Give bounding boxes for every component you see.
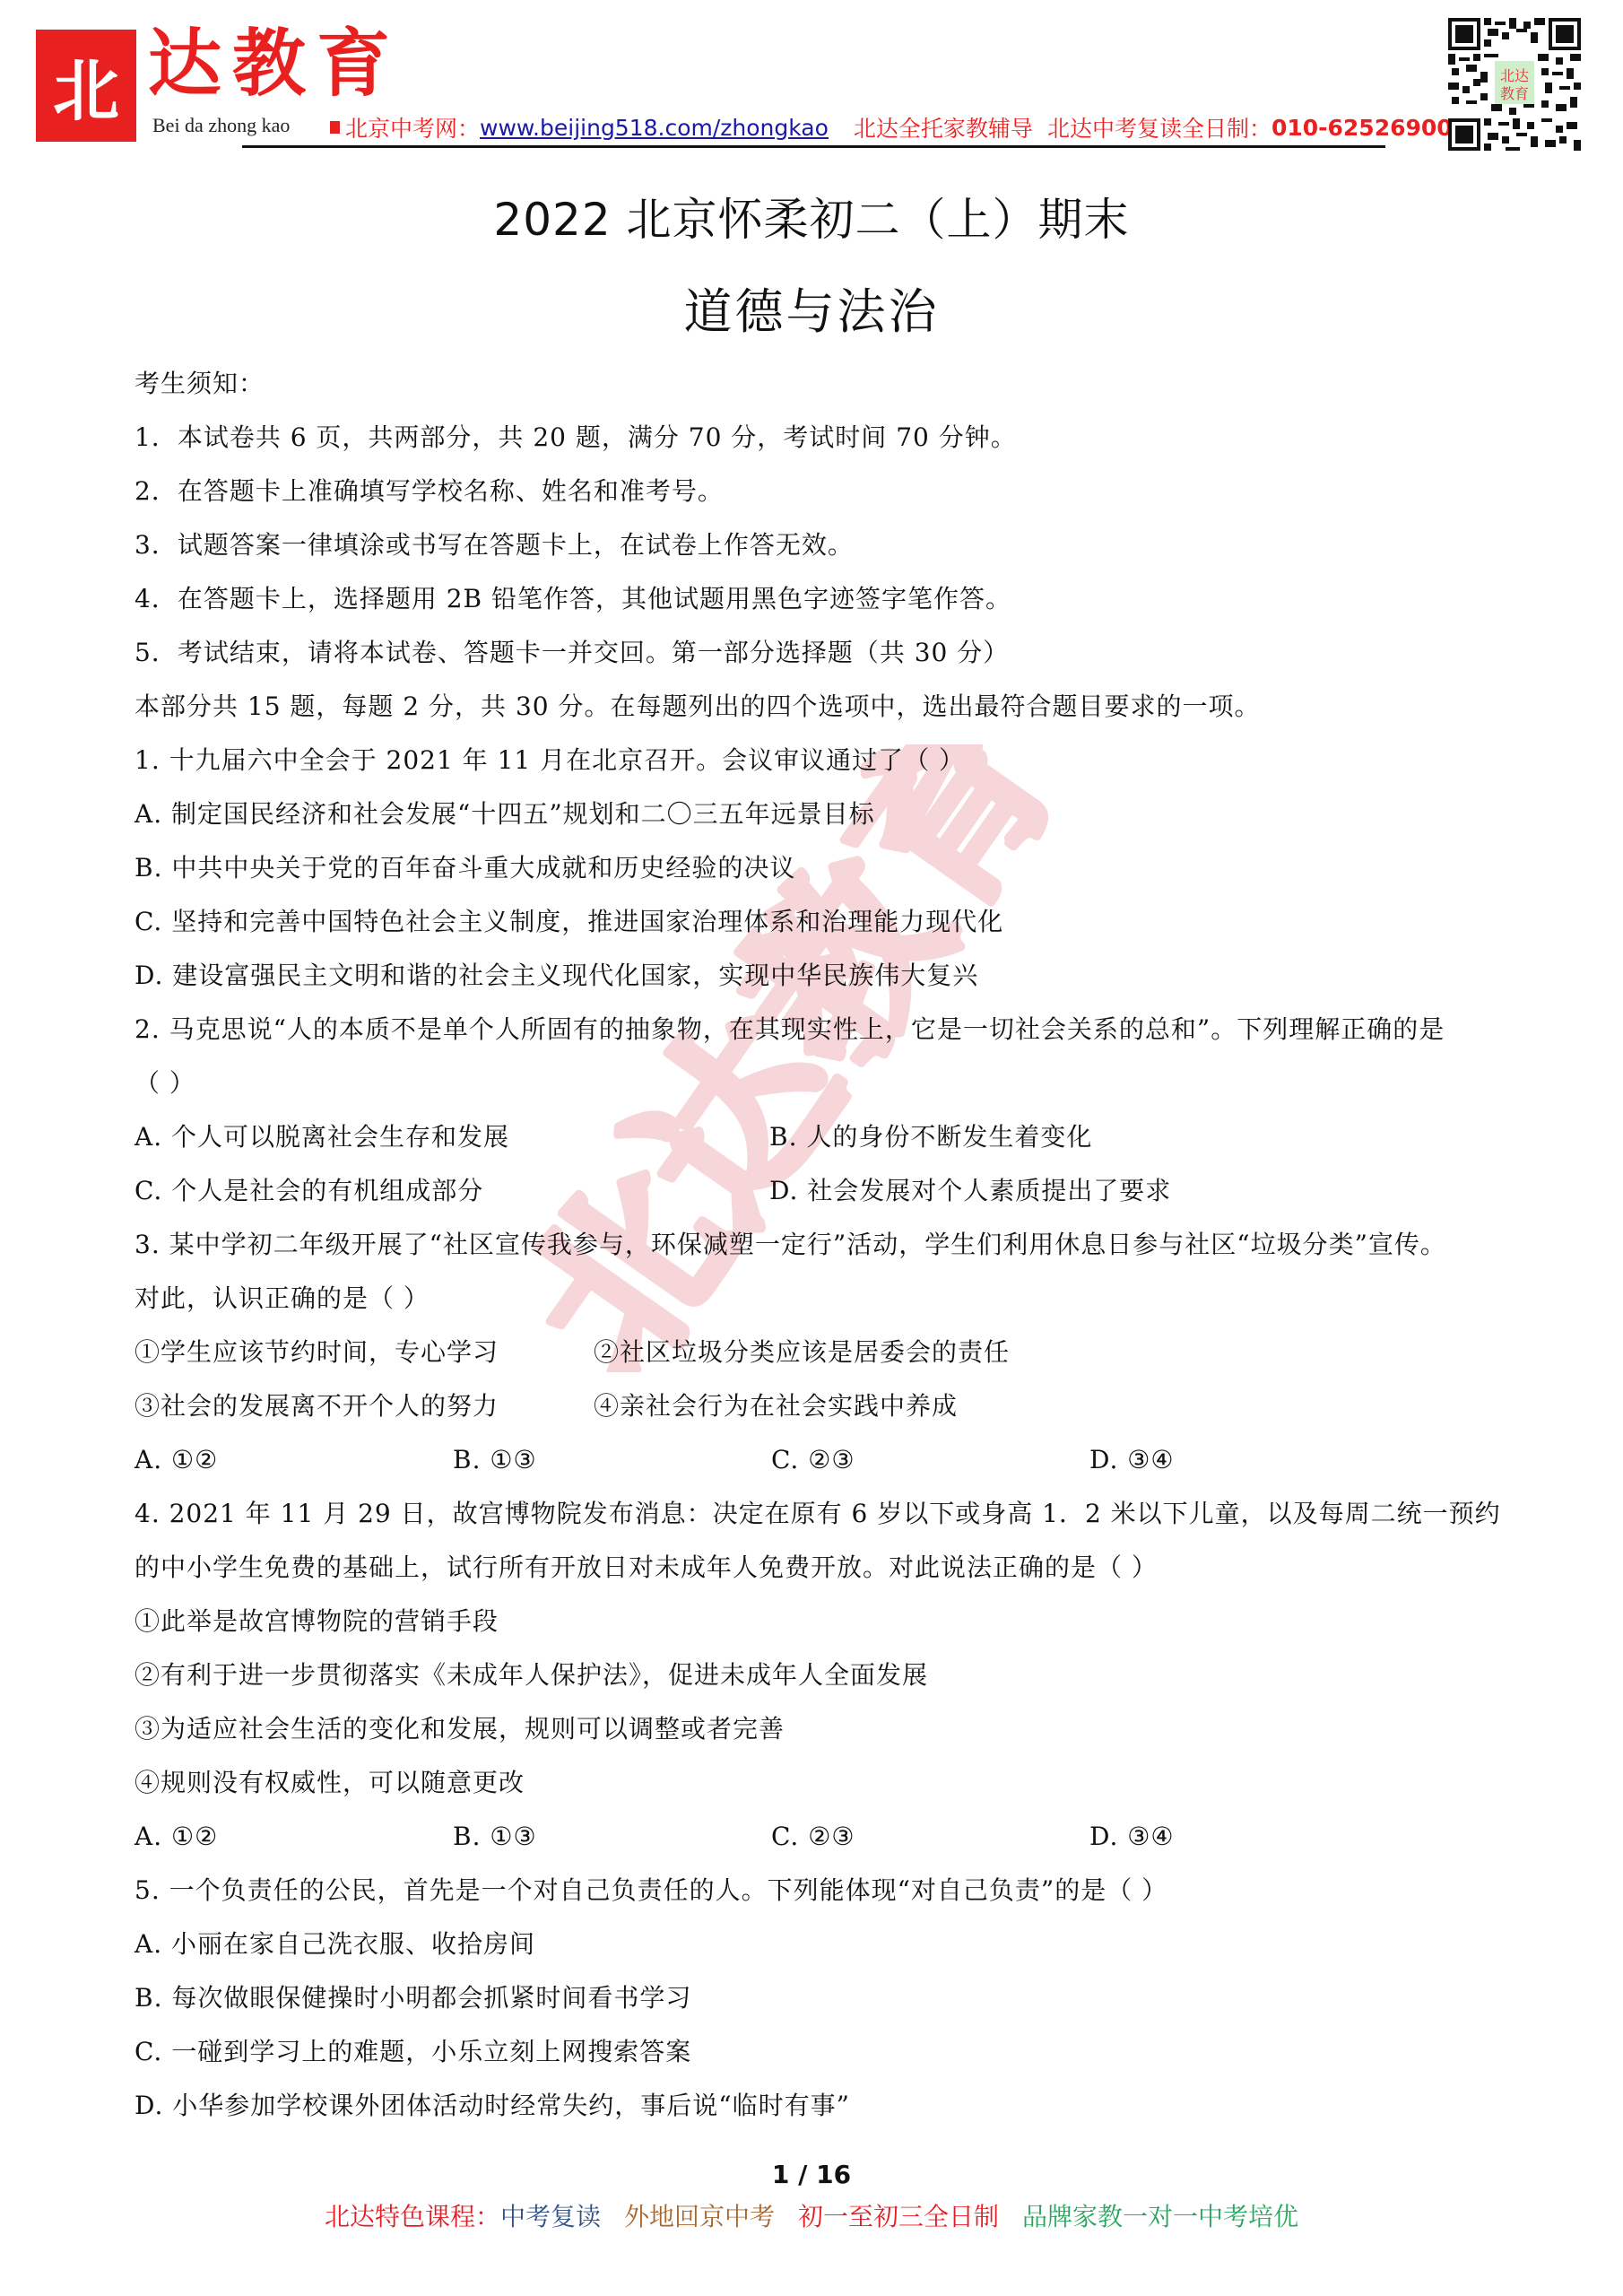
- brand-logo-subtitle: Bei da zhong kao: [152, 114, 290, 137]
- option-b: B. 中共中央关于党的百年奋斗重大成就和历史经验的决议: [135, 850, 795, 886]
- notice-item: 5．考试结束，请将本试卷、答题卡一并交回。第一部分选择题（共 30 分）: [135, 635, 1009, 671]
- option-d: D. ③④: [1089, 1819, 1174, 1855]
- statement-3: ③社会的发展离不开个人的努力: [135, 1388, 499, 1424]
- svg-text:教育: 教育: [1500, 85, 1529, 102]
- course-repeat: 中考复读: [500, 2202, 601, 2231]
- statement-4: ④亲社会行为在社会实践中养成: [594, 1388, 958, 1424]
- option-d: D. 社会发展对个人素质提出了要求: [769, 1173, 1171, 1209]
- notice-heading: 考生须知：: [135, 366, 265, 402]
- phone-number: 010-62526900: [1271, 115, 1453, 141]
- statement-4: ④规则没有权威性，可以随意更改: [135, 1765, 525, 1801]
- option-b: B. 人的身份不断发生着变化: [769, 1119, 1092, 1155]
- svg-text:北达教育: 北达教育: [502, 744, 1098, 1372]
- option-a: A. ①②: [135, 1442, 218, 1478]
- option-b: B. ①③: [453, 1819, 537, 1855]
- question-stem: 5. 一个负责任的公民，首先是一个对自己负责任的人。下列能体现“对自己负责”的是…: [135, 1873, 1167, 1909]
- option-a: A. 制定国民经济和社会发展“十四五”规划和二〇三五年远景目标: [135, 796, 875, 832]
- notice-item: 4．在答题卡上，选择题用 2B 铅笔作答，其他试题用黑色字迹签字笔作答。: [135, 581, 1011, 617]
- logo-char: 北: [53, 39, 119, 134]
- courses-label: 北达特色课程：: [325, 2202, 500, 2231]
- option-c: C. 坚持和完善中国特色社会主义制度，推进国家治理体系和治理能力现代化: [135, 904, 1003, 940]
- site-label: 北京中考网：: [345, 111, 480, 143]
- statement-1: ①学生应该节约时间，专心学习: [135, 1335, 499, 1370]
- statement-1: ①此举是故宫博物院的营销手段: [135, 1604, 499, 1639]
- svg-text:北达: 北达: [1500, 67, 1529, 84]
- course-return-beijing: 外地回京中考: [624, 2202, 775, 2231]
- footer-courses: 北达特色课程：中考复读外地回京中考初一至初三全日制品牌家教一对一中考培优: [0, 2197, 1623, 2233]
- option-b: B. ①③: [453, 1442, 537, 1478]
- option-d: D. 小华参加学校课外团体活动时经常失约，事后说“临时有事”: [135, 2088, 850, 2124]
- question-stem-cont: 对此，认识正确的是（ ）: [135, 1281, 430, 1317]
- header-info-row: 北京中考网： www.beijing518.com/zhongkao 北达全托家…: [330, 111, 1453, 143]
- question-stem: 1. 十九届六中全会于 2021 年 11 月在北京召开。会议审议通过了（ ）: [135, 743, 965, 778]
- statement-3: ③为适应社会生活的变化和发展，规则可以调整或者完善: [135, 1711, 785, 1747]
- option-a: A. ①②: [135, 1819, 218, 1855]
- option-c: C. 一碰到学习上的难题，小乐立刻上网搜索答案: [135, 2034, 691, 2070]
- service-tutoring: 北达全托家教辅导: [854, 111, 1033, 143]
- notice-item: 1．本试卷共 6 页，共两部分，共 20 题，满分 70 分，考试时间 70 分…: [135, 420, 1017, 456]
- brand-logo-title: 达教育: [148, 27, 401, 100]
- question-stem-cont: （ ）: [135, 1065, 195, 1101]
- question-stem: 4. 2021 年 11 月 29 日，故宫博物院发布消息：决定在原有 6 岁以…: [135, 1496, 1501, 1532]
- site-url-link[interactable]: www.beijing518.com/zhongkao: [480, 115, 829, 141]
- brand-logo-mark: 北: [36, 30, 136, 142]
- question-stem-cont: 的中小学生免费的基础上，试行所有开放日对未成年人免费开放。对此说法正确的是（ ）: [135, 1550, 1158, 1586]
- option-a: A. 个人可以脱离社会生存和发展: [135, 1119, 509, 1155]
- part-instruction: 本部分共 15 题，每题 2 分，共 30 分。在每题列出的四个选项中，选出最符…: [135, 689, 1260, 725]
- notice-item: 2．在答题卡上准确填写学校名称、姓名和准考号。: [135, 474, 724, 509]
- option-b: B. 每次做眼保健操时小明都会抓紧时间看书学习: [135, 1980, 691, 2016]
- option-d: D. 建设富强民主文明和谐的社会主义现代化国家，实现中华民族伟大复兴: [135, 958, 978, 994]
- notice-item: 3．试题答案一律填涂或书写在答题卡上，在试卷上作答无效。: [135, 527, 854, 563]
- subject-title: 道德与法治: [0, 274, 1623, 343]
- statement-2: ②社区垃圾分类应该是居委会的责任: [594, 1335, 1010, 1370]
- page-number: 1 / 16: [0, 2160, 1623, 2189]
- statement-2: ②有利于进一步贯彻落实《未成年人保护法》，促进未成年人全面发展: [135, 1657, 928, 1693]
- service-repeat-label: 北达中考复读全日制：: [1047, 111, 1271, 143]
- question-stem: 2. 马克思说“人的本质不是单个人所固有的抽象物，在其现实性上，它是一切社会关系…: [135, 1012, 1445, 1048]
- header-divider: [242, 145, 1385, 148]
- question-stem: 3. 某中学初二年级开展了“社区宣传我参与，环保减塑一定行”活动，学生们利用休息…: [135, 1227, 1446, 1263]
- option-a: A. 小丽在家自己洗衣服、收拾房间: [135, 1926, 535, 1962]
- course-tutoring: 品牌家教一对一中考培优: [1022, 2202, 1298, 2231]
- qr-code-icon: 北达 教育: [1448, 18, 1581, 151]
- course-fulltime: 初一至初三全日制: [798, 2202, 999, 2231]
- option-c: C. ②③: [771, 1819, 855, 1855]
- watermark-logo: 北达教育: [502, 744, 1130, 1372]
- option-c: C. ②③: [771, 1442, 855, 1478]
- bullet-square-icon: [330, 121, 340, 134]
- option-d: D. ③④: [1089, 1442, 1174, 1478]
- exam-title: 2022 北京怀柔初二（上）期末: [0, 184, 1623, 248]
- option-c: C. 个人是社会的有机组成部分: [135, 1173, 483, 1209]
